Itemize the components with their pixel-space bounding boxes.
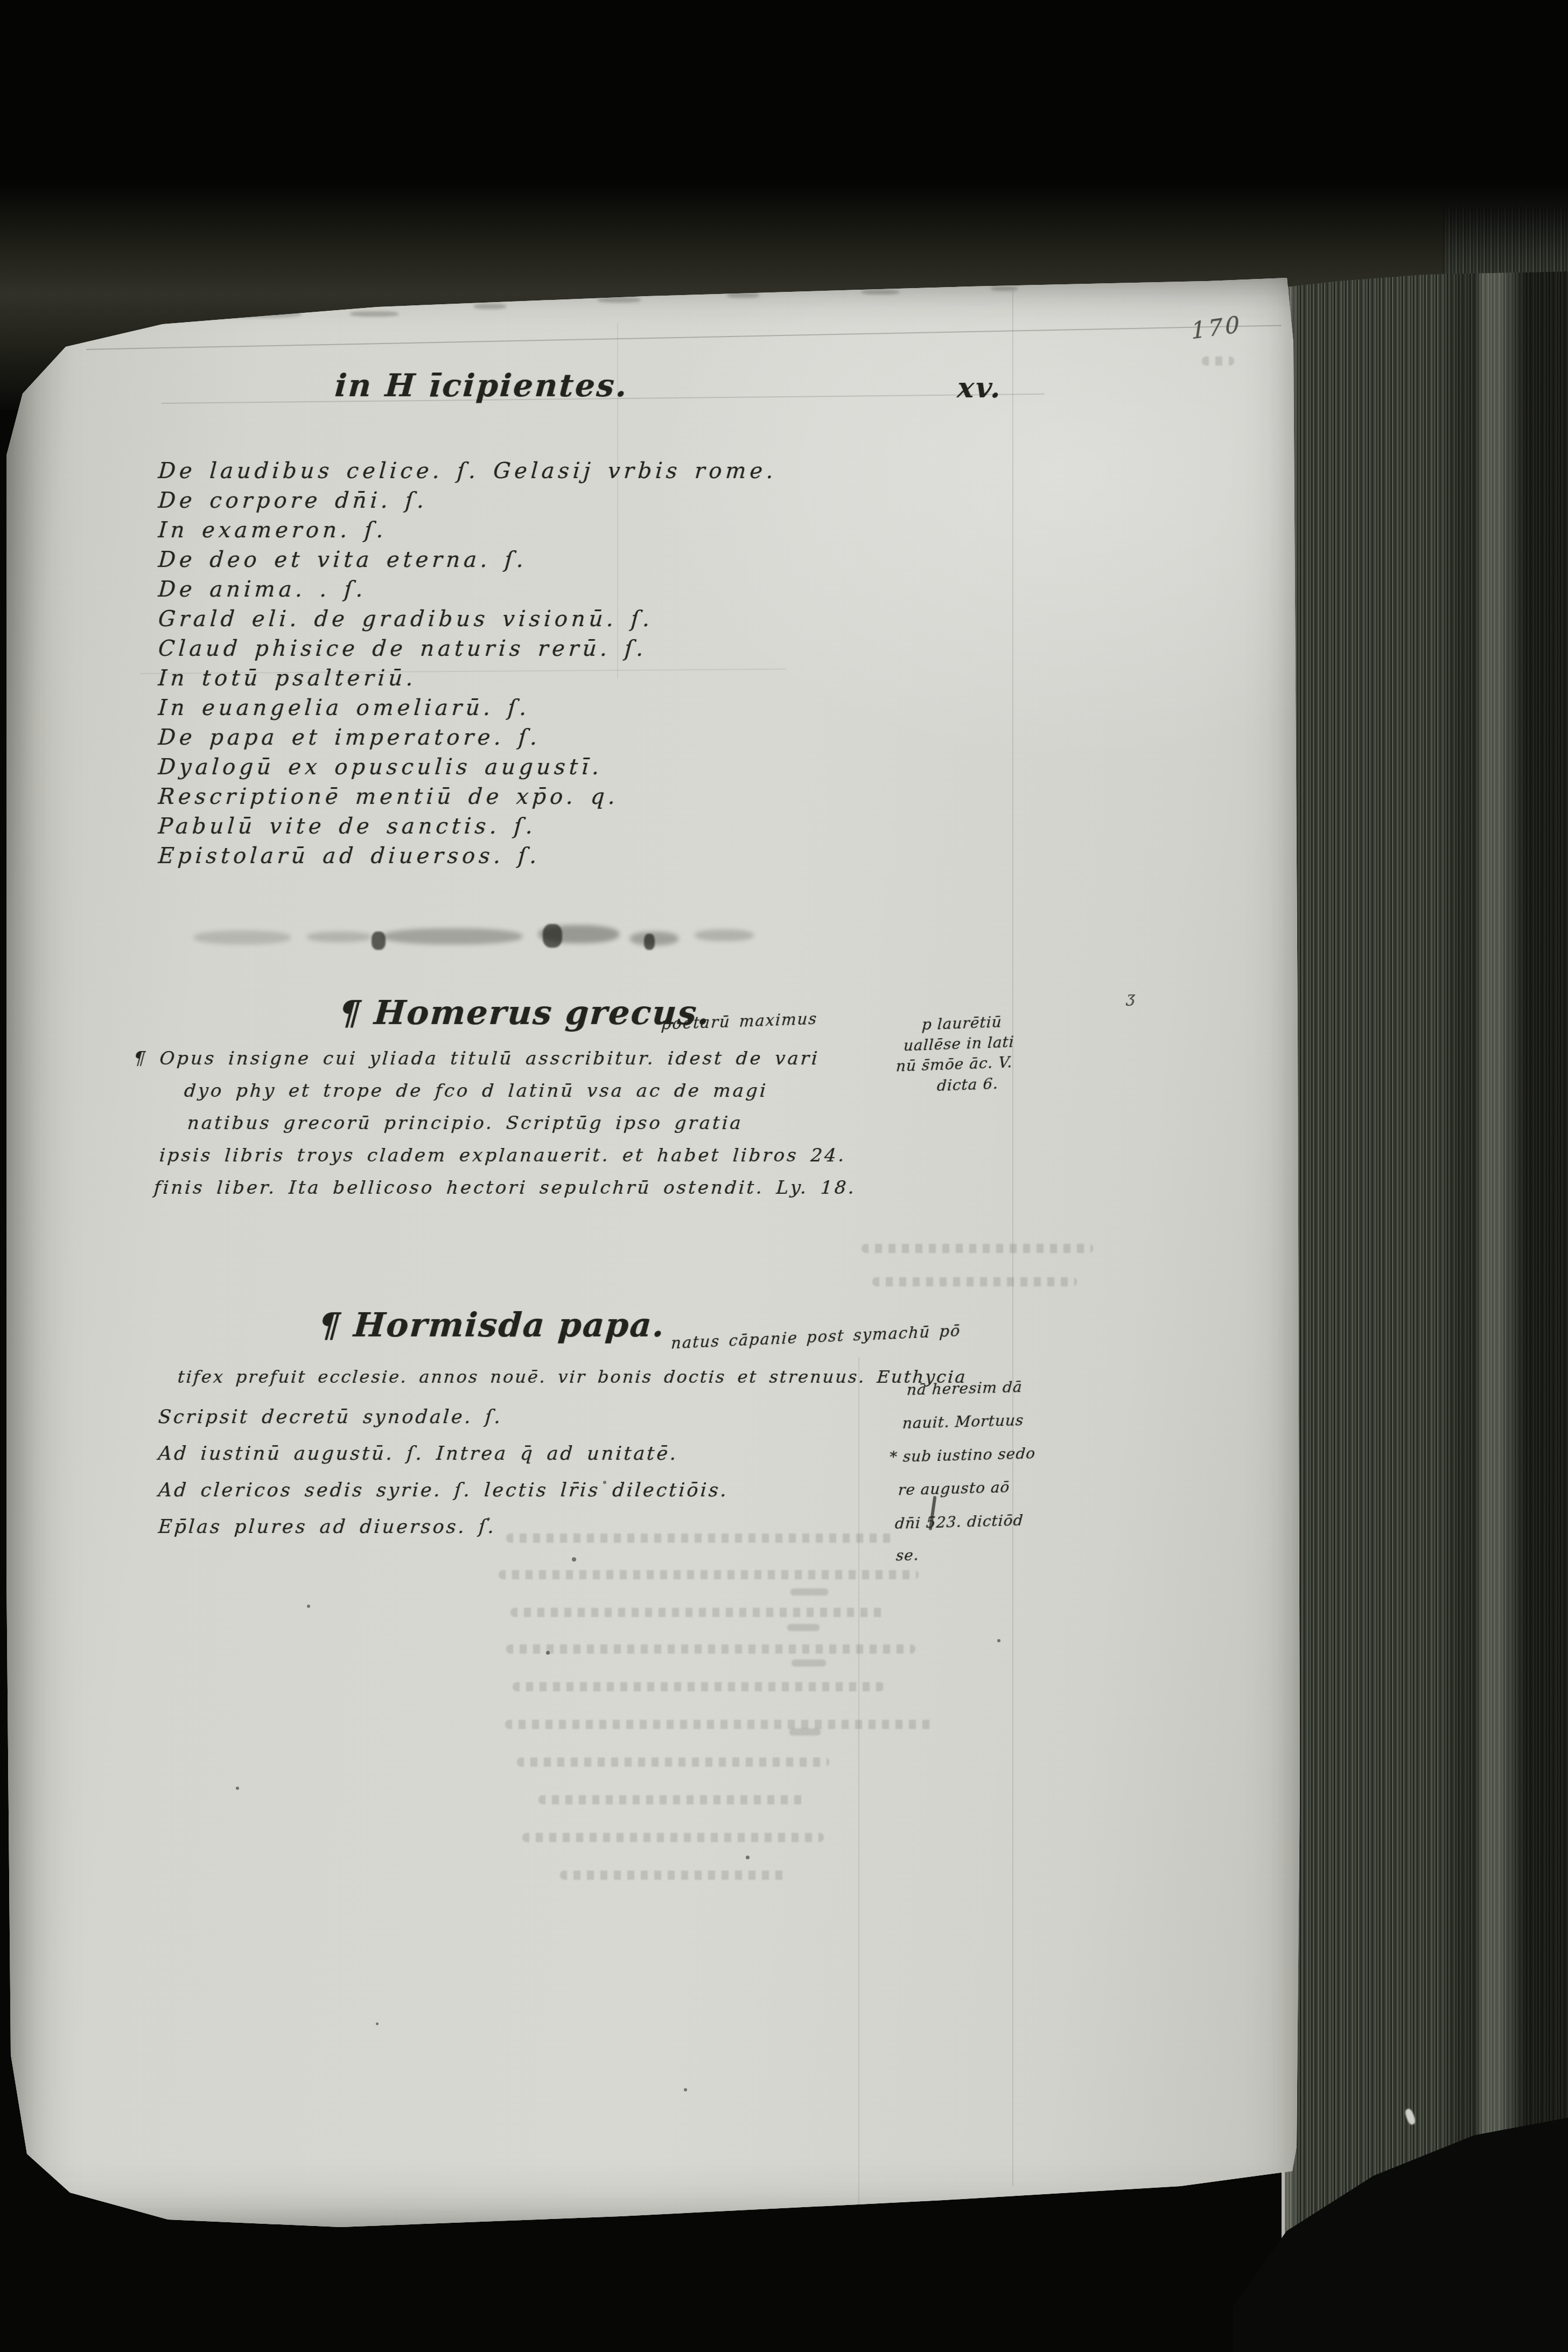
edge-grime bbox=[991, 286, 1018, 291]
show-through-line bbox=[1202, 356, 1234, 366]
ruling-line-vertical bbox=[858, 1357, 859, 2208]
index-entry: In euangelia omeliarū. ſ. bbox=[157, 696, 531, 720]
ink-speck bbox=[376, 2022, 379, 2025]
ink-speck bbox=[997, 1639, 1000, 1642]
book-fore-edge-upper bbox=[1443, 207, 1568, 282]
margin-note-line: nauit. Mortuus bbox=[902, 1411, 1024, 1432]
paragraph-line: natibus grecorū principio. Scriptūg ipso… bbox=[187, 1112, 744, 1134]
index-entry: De papa et imperatore. ſ. bbox=[157, 725, 542, 750]
edge-grime bbox=[727, 293, 759, 298]
ink-speck bbox=[572, 1557, 576, 1562]
edge-grime bbox=[205, 310, 302, 318]
ink-speck bbox=[487, 1517, 490, 1520]
margin-note-line: re augusto aō bbox=[898, 1478, 1010, 1499]
work-entry: Ep̄las plures ad diuersos. ſ. bbox=[158, 1516, 497, 1538]
paragraph-line: ¶ Opus insigne cui yliada titulū asscrib… bbox=[133, 1048, 821, 1069]
show-through-line bbox=[517, 1758, 829, 1767]
edge-grime bbox=[474, 304, 506, 309]
index-entry: De anima. . ſ. bbox=[157, 577, 367, 602]
section-heading-hormisda: ¶ Hormisda papa. bbox=[317, 1305, 667, 1345]
page-title: in H īcipientes. bbox=[334, 367, 630, 404]
ink-speck bbox=[236, 1787, 239, 1790]
work-entry: Ad clericos sedis syrie. ſ. lectis lr̄is… bbox=[158, 1480, 730, 1501]
show-through-mark bbox=[787, 1624, 820, 1631]
ink-speck bbox=[546, 1651, 550, 1655]
show-through-line bbox=[862, 1244, 1093, 1253]
erased-entry-smudge bbox=[194, 915, 775, 962]
ink-speck bbox=[746, 1856, 750, 1859]
show-through-line bbox=[513, 1682, 884, 1691]
index-entry: Dyalogū ex opusculis augustī. bbox=[157, 755, 604, 780]
show-through-line bbox=[499, 1570, 919, 1579]
book-fore-edge bbox=[1282, 271, 1568, 2242]
show-through-mark bbox=[790, 1588, 828, 1595]
index-entry: Grald eli. de gradibus visionū. ſ. bbox=[157, 607, 654, 632]
margin-note-line: se. bbox=[895, 1546, 920, 1564]
index-entry: In exameron. ſ. bbox=[157, 518, 388, 543]
show-through-line bbox=[522, 1833, 824, 1842]
paragraph-line: tifex prefuit ecclesie. annos nouē. vir … bbox=[177, 1367, 968, 1387]
stray-pen-mark: ʒ bbox=[1126, 989, 1136, 1006]
ruling-line-vertical bbox=[1012, 291, 1013, 2186]
ink-speck bbox=[603, 1481, 606, 1484]
show-through-mark bbox=[792, 1660, 826, 1667]
show-through-mark bbox=[789, 1728, 821, 1735]
show-through-line bbox=[560, 1871, 786, 1880]
folio-roman-numeral: xv. bbox=[956, 372, 1003, 404]
margin-note-line: dicta 6. bbox=[936, 1075, 999, 1095]
show-through-line bbox=[505, 1720, 936, 1729]
index-entry: De laudibus celice. ſ. Gelasij vrbis rom… bbox=[157, 459, 778, 484]
index-entry: De deo et vita eterna. ſ. bbox=[157, 548, 528, 572]
margin-note-line: p laurētiū bbox=[921, 1013, 1002, 1033]
show-through-line bbox=[506, 1644, 915, 1654]
margin-note-line: nā heresim dā bbox=[906, 1378, 1023, 1399]
ink-speck bbox=[684, 2088, 687, 2091]
paragraph-line: dyo phy et trope de fco d latinū vsa ac … bbox=[184, 1080, 769, 1102]
paragraph-line: finis liber. Ita bellicoso hectori sepul… bbox=[153, 1177, 857, 1199]
index-entry: De corpore dn̄i. ſ. bbox=[157, 488, 429, 513]
ink-speck bbox=[307, 1605, 310, 1608]
show-through-line bbox=[872, 1277, 1077, 1286]
edge-grime bbox=[350, 311, 398, 317]
index-entry: Claud phisice de naturis rerū. ſ. bbox=[157, 636, 648, 661]
show-through-line bbox=[538, 1795, 808, 1804]
show-through-line bbox=[506, 1534, 894, 1543]
index-entry: Rescriptionē mentiū de xp̄o. q. bbox=[157, 785, 620, 809]
edge-grime bbox=[862, 290, 899, 295]
edge-grime bbox=[598, 297, 641, 303]
index-entry: Epistolarū ad diuersos. ſ. bbox=[157, 844, 541, 869]
work-entry: Scripsit decretū synodale. ſ. bbox=[158, 1406, 503, 1428]
index-entry: Pabulū vite de sanctis. ſ. bbox=[157, 814, 537, 839]
section-heading-homerus: ¶ Homerus grecus. bbox=[338, 993, 711, 1032]
manuscript-photo: 170 in H īcipientes. xv. De laudibus cel… bbox=[0, 0, 1568, 2352]
paragraph-line: ipsis libris troys cladem explanauerit. … bbox=[159, 1145, 847, 1166]
show-through-line bbox=[510, 1608, 887, 1617]
work-entry: Ad iustinū augustū. ſ. Intrea q̄ ad unit… bbox=[158, 1443, 679, 1465]
margin-note-line: dn̄i 523. dictiōd bbox=[894, 1511, 1024, 1532]
index-entry: In totū psalteriū. bbox=[157, 666, 417, 691]
